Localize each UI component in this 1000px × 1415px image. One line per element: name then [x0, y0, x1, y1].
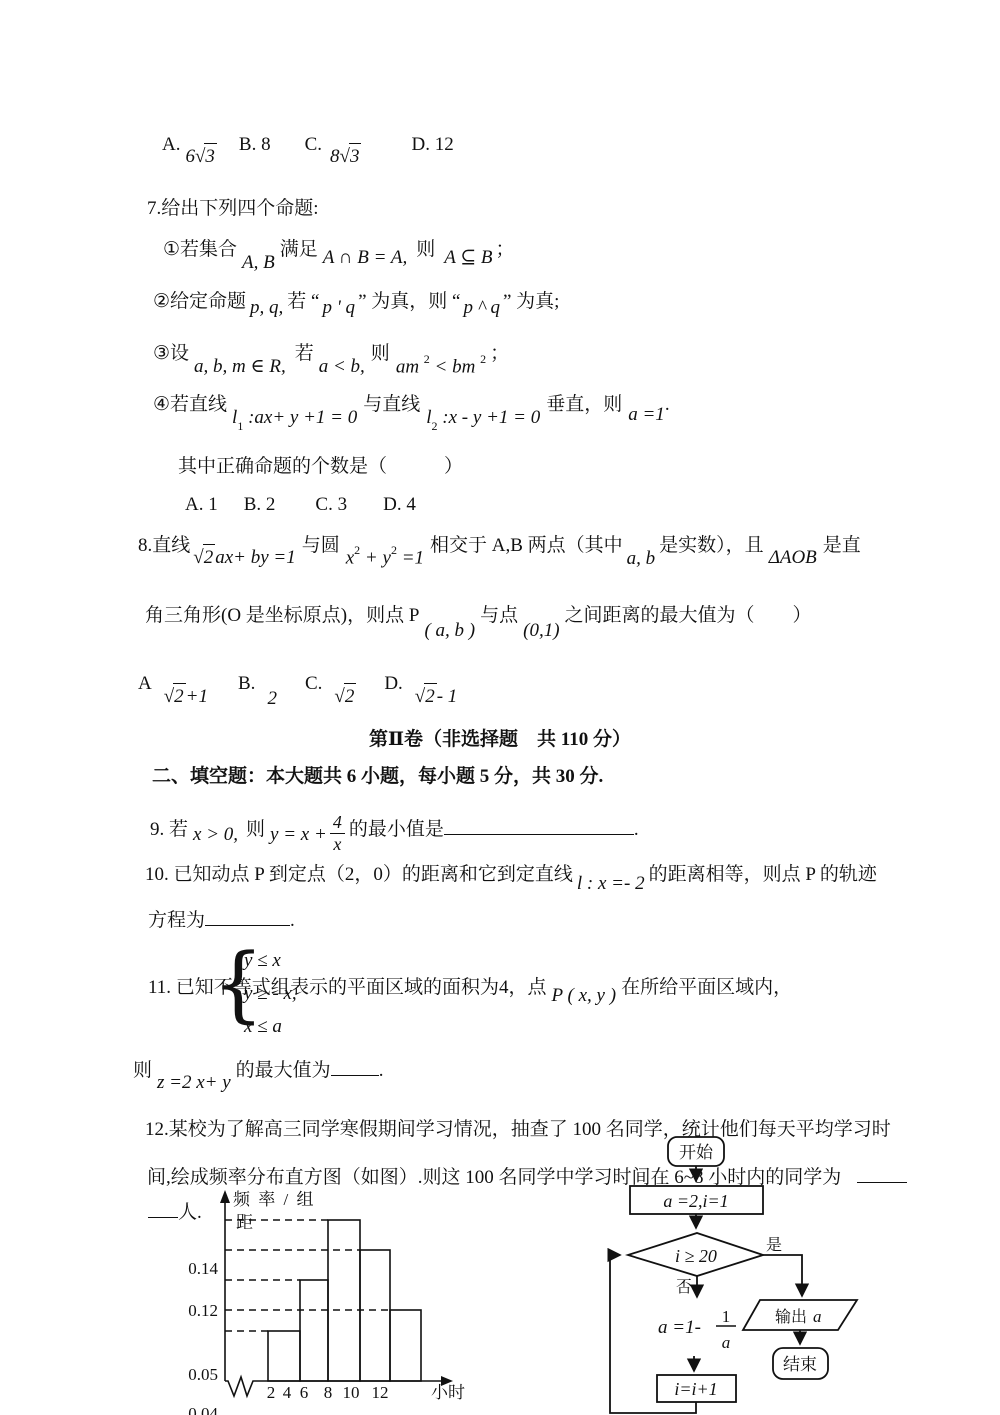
- yes-branch-line: [763, 1255, 802, 1296]
- increment-label: i=i+1: [674, 1379, 717, 1399]
- q11-main-text: 表示的平面区域的面积为4，点P ( x, y )在所给平面区域内，: [290, 975, 792, 1001]
- x-tick-label: 10: [343, 1383, 360, 1402]
- q7-stem: 7.给出下列四个命题:: [147, 196, 319, 222]
- fraction-denominator: a: [722, 1333, 731, 1352]
- y-tick-label: 0.14: [188, 1259, 218, 1278]
- q6-options-row: A.6√3B. 8C.8√3D. 12: [162, 131, 454, 158]
- q8-line-2: 角三角形(O 是坐标原点)，则点 P( a, b )与点(0,1)之间距离的最大…: [145, 603, 812, 629]
- output-var: a: [813, 1307, 822, 1326]
- q11-ineq-row-1: y ≤ x: [244, 948, 281, 974]
- y-axis-arrow-icon: [220, 1190, 230, 1203]
- q8-line-1: 8.直线√2ax+ by =1与圆x2 + y2 =1相交于 A,B 两点（其中…: [138, 527, 861, 559]
- blank-underline: [444, 814, 634, 835]
- section2-heading: 二、填空题：本大题共 6 小题，每小题 5 分，共 30 分.: [152, 764, 603, 790]
- q9-line: 9. 若x > 0,则y = x +4x的最小值是.: [150, 813, 639, 854]
- x-tick-label: 12: [372, 1383, 389, 1402]
- q7-item-1: ①若集合A, B满足A ∩ B = A,则A ⊆ B；: [163, 237, 515, 263]
- y-axis-title-line2: 距: [236, 1213, 253, 1232]
- yes-label: 是: [766, 1236, 782, 1254]
- q7-item-4: ④若直线l1 :ax+ y +1 = 0与直线l2 :x - y +1 = 0垂…: [153, 392, 670, 424]
- bar-8-10: [328, 1220, 360, 1381]
- q7-options-row: A. 1B. 2C. 3D. 4: [185, 492, 416, 518]
- output-label: 输出: [775, 1308, 807, 1326]
- y-axis-title-line1: 频 率 / 组: [233, 1190, 315, 1209]
- decision-label: i ≥ 20: [675, 1246, 717, 1266]
- x-tick-label: 4: [283, 1383, 292, 1402]
- end-label: 结束: [783, 1355, 817, 1374]
- x-tick-label: 8: [324, 1383, 333, 1402]
- blank-underline: [331, 1055, 379, 1076]
- bar-2-6: [268, 1331, 300, 1381]
- q7-question: 其中正确命题的个数是（ ）: [178, 454, 463, 480]
- q11-ineq-row-2: y ≥ - x,: [244, 981, 297, 1007]
- q10-line-2: 方程为.: [148, 905, 295, 934]
- frequency-histogram: 频 率 / 组 距 0.14 0.12 0.05 0.04 2 4 6 8 10…: [150, 1183, 480, 1415]
- assign-label: a =1-: [658, 1317, 701, 1338]
- x-tick-label: 2: [267, 1383, 276, 1402]
- fraction-numerator: 1: [722, 1307, 731, 1326]
- q7-item-3: ③设a, b, m ∈ R,若a < b,则am 2 < bm 2；: [153, 335, 509, 367]
- exam-page: { "doc": { "q6_options": [ {"k":"t","v":…: [0, 0, 1000, 1415]
- blank-underline: [205, 905, 290, 926]
- bar-6-8: [300, 1280, 328, 1381]
- start-label: 开始: [679, 1143, 714, 1162]
- bar-12-14: [390, 1310, 421, 1381]
- x-axis-title: 小时: [431, 1383, 465, 1402]
- q7-item-2: ②给定命题p, q,若 “p ' q” 为真，则 “p ^ q” 为真;: [153, 289, 559, 315]
- q11-line-2: 则z =2 x+ y的最大值为.: [133, 1055, 383, 1084]
- no-label: 否: [676, 1278, 692, 1296]
- part2-title: 第Ⅱ卷（非选择题 共 110 分）: [0, 727, 1000, 753]
- q10-line-1: 10. 已知动点 P 到定点（2，0）的距离和它到定直线l : x =- 2的距…: [145, 862, 877, 888]
- x-tick-label: 6: [300, 1383, 309, 1402]
- q11-ineq-row-3: x ≤ a: [244, 1014, 282, 1040]
- y-tick-label: 0.12: [188, 1301, 218, 1320]
- y-tick-label: 0.04: [188, 1404, 218, 1415]
- bar-10-12: [360, 1250, 390, 1381]
- q8-options-row: A√2 +1B.2C.√2D.√2 - 1: [138, 670, 457, 697]
- y-tick-label: 0.05: [188, 1365, 218, 1384]
- x-axis: [225, 1377, 443, 1396]
- init-label: a =2,i=1: [663, 1191, 728, 1211]
- algorithm-flowchart: 开始 a =2,i=1 i ≥ 20 是 否 输出 a 结束 a =1- 1 a…: [595, 1130, 885, 1415]
